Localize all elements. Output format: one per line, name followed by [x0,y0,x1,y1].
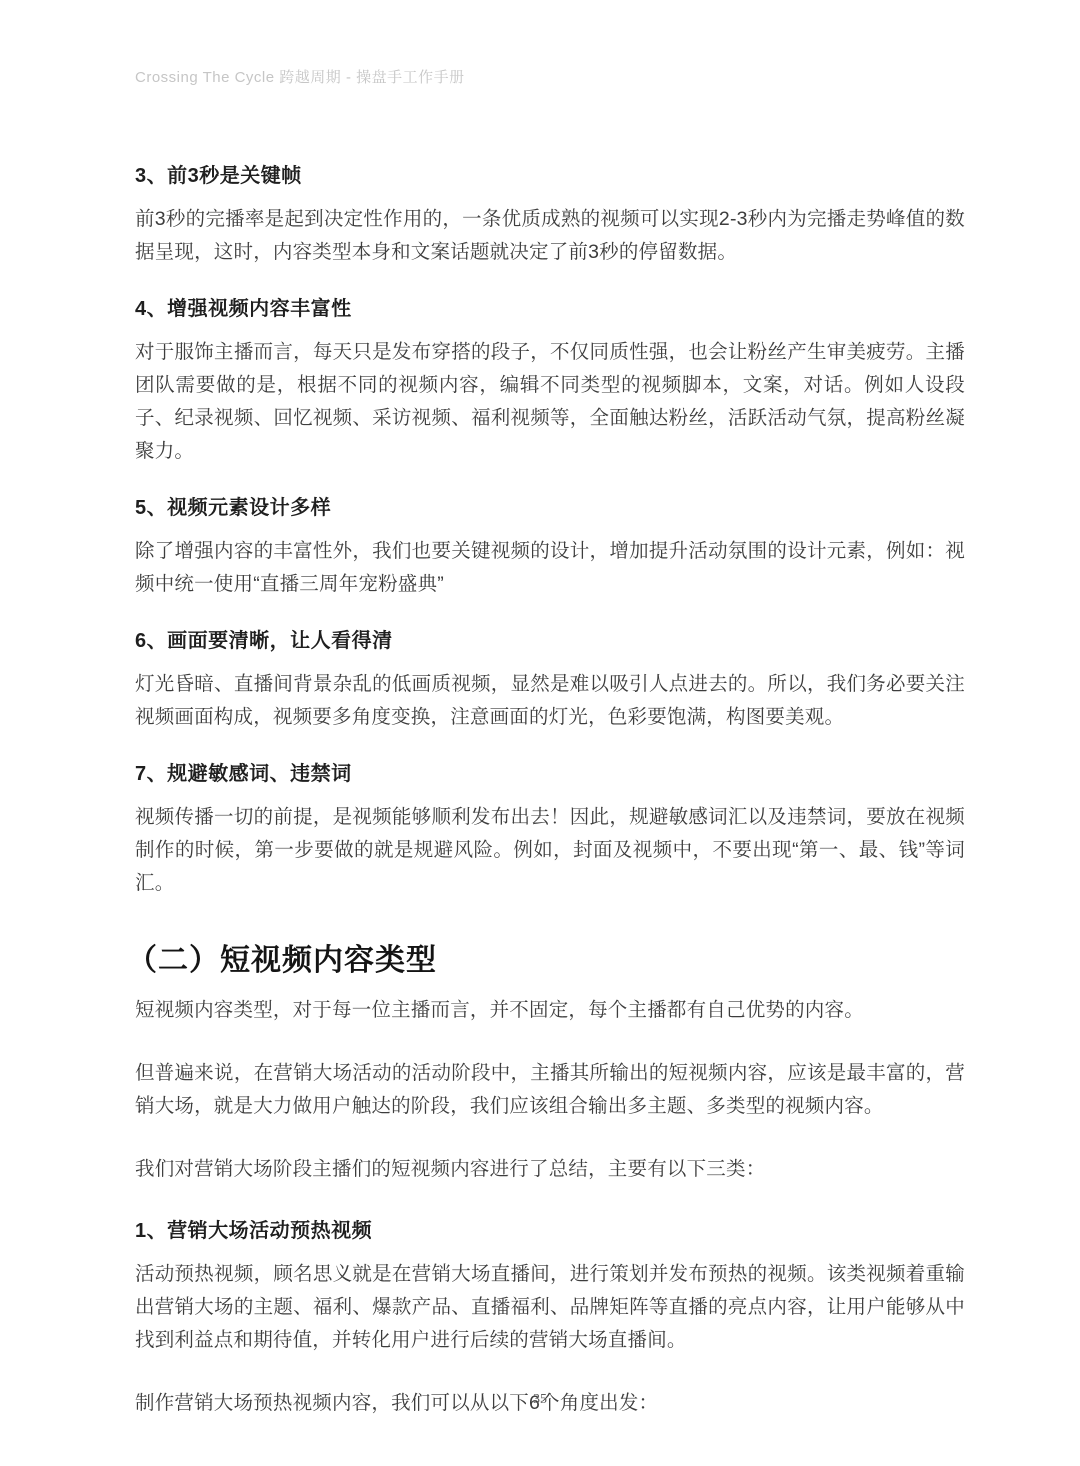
section-heading: 5、视频元素设计多样 [135,495,965,521]
page-number: 35 [0,1392,1080,1408]
section-body: 灯光昏暗、直播间背景杂乱的低画质视频，显然是难以吸引人点进去的。所以，我们务必要… [135,668,965,734]
page-content: 3、前3秒是关键帧 前3秒的完播率是起到决定性作用的，一条优质成熟的视频可以实现… [135,86,965,1420]
section-heading: 6、画面要清晰，让人看得清 [135,628,965,654]
numbered-section-3: 3、前3秒是关键帧 前3秒的完播率是起到决定性作用的，一条优质成熟的视频可以实现… [135,163,965,269]
section-body: 视频传播一切的前提，是视频能够顺利发布出去！因此，规避敏感词汇以及违禁词，要放在… [135,801,965,900]
numbered-section-7: 7、规避敏感词、违禁词 视频传播一切的前提，是视频能够顺利发布出去！因此，规避敏… [135,761,965,900]
chapter-title: （二）短视频内容类型 [127,941,965,981]
subsection-heading: 1、营销大场活动预热视频 [135,1218,965,1244]
chapter-paragraph: 我们对营销大场阶段主播们的短视频内容进行了总结，主要有以下三类： [135,1153,965,1186]
section-heading: 4、增强视频内容丰富性 [135,296,965,322]
numbered-section-6: 6、画面要清晰，让人看得清 灯光昏暗、直播间背景杂乱的低画质视频，显然是难以吸引… [135,628,965,734]
numbered-section-4: 4、增强视频内容丰富性 对于服饰主播而言，每天只是发布穿搭的段子，不仅同质性强，… [135,296,965,468]
chapter-paragraph: 短视频内容类型，对于每一位主播而言，并不固定，每个主播都有自己优势的内容。 [135,994,965,1027]
section-heading: 3、前3秒是关键帧 [135,163,965,189]
document-page: Crossing The Cycle 跨越周期 - 操盘手工作手册 3、前3秒是… [0,0,1080,1466]
section-body: 除了增强内容的丰富性外，我们也要关键视频的设计，增加提升活动氛围的设计元素，例如… [135,535,965,601]
chapter-paragraph: 但普遍来说，在营销大场活动的活动阶段中，主播其所输出的短视频内容，应该是最丰富的… [135,1057,965,1123]
subsection-1: 1、营销大场活动预热视频 活动预热视频，顾名思义就是在营销大场直播间，进行策划并… [135,1218,965,1420]
subsection-body: 活动预热视频，顾名思义就是在营销大场直播间，进行策划并发布预热的视频。该类视频着… [135,1258,965,1357]
section-body: 前3秒的完播率是起到决定性作用的，一条优质成熟的视频可以实现2-3秒内为完播走势… [135,203,965,269]
numbered-section-5: 5、视频元素设计多样 除了增强内容的丰富性外，我们也要关键视频的设计，增加提升活… [135,495,965,601]
section-heading: 7、规避敏感词、违禁词 [135,761,965,787]
running-header: Crossing The Cycle 跨越周期 - 操盘手工作手册 [135,66,465,87]
section-body: 对于服饰主播而言，每天只是发布穿搭的段子，不仅同质性强，也会让粉丝产生审美疲劳。… [135,336,965,468]
